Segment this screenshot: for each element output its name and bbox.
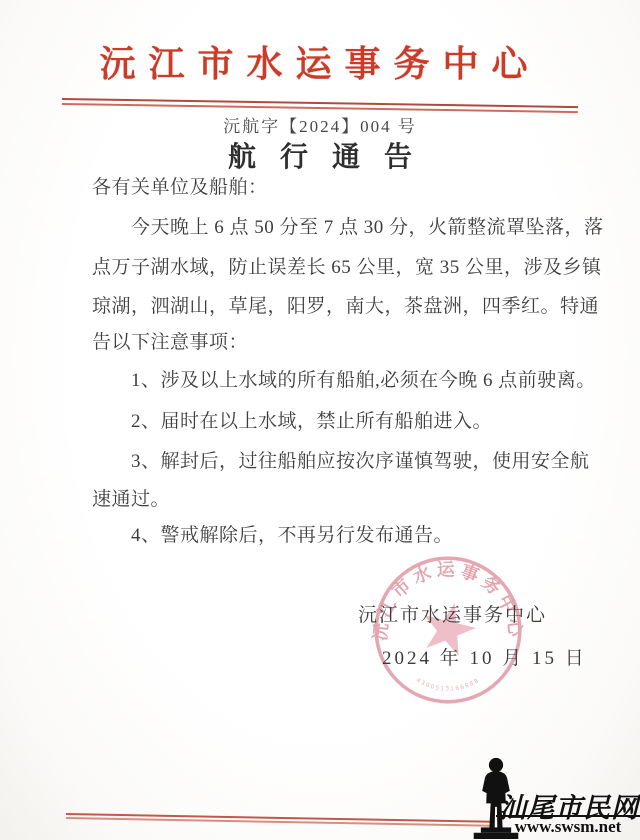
- issuer-letterhead: 沅江市水运事务中心: [0, 36, 640, 87]
- official-seal-stamp: 沅江市水运事务中心 4300513166888: [370, 552, 526, 708]
- watermark-site-url: www.swsm.net: [496, 817, 640, 837]
- body-paragraph-line: 点万子湖水域，防止误差长 65 公里，宽 35 公里，涉及乡镇: [92, 256, 572, 280]
- seal-serial-number: 4300513166888: [415, 677, 481, 692]
- document-title: 航行通告: [0, 135, 640, 175]
- notice-document-page: 沅江市水运事务中心 沅航字【2024】004 号 航行通告 各有关单位及船舶： …: [0, 0, 640, 840]
- document-number: 沅航字【2024】004 号: [0, 112, 640, 137]
- signature-date: 2024 年 10 月 15 日: [382, 643, 587, 670]
- notice-item-3-line-1: 3、解封后，过往船舶应按次序谨慎驾驶，使用安全航: [131, 450, 611, 474]
- signature-organization: 沅江市水运事务中心: [358, 600, 547, 627]
- letterhead-double-rule: [62, 98, 578, 113]
- svg-text:4300513166888: 4300513166888: [415, 677, 481, 692]
- notice-item-3-line-2: 速通过。: [92, 488, 572, 512]
- salutation: 各有关单位及船舶：: [92, 176, 572, 200]
- notice-item-2: 2、届时在以上水域，禁止所有船舶进入。: [131, 410, 611, 434]
- footer-double-rule: [66, 813, 492, 827]
- body-paragraph-line: 今天晚上 6 点 50 分至 7 点 30 分，火箭整流罩坠落，落: [131, 216, 611, 240]
- notice-item-4: 4、警戒解除后，不再另行发布通告。: [131, 524, 611, 548]
- notice-item-1: 1、涉及以上水域的所有船舶,必须在今晚 6 点前驶离。: [131, 369, 611, 393]
- body-paragraph-line: 告以下注意事项：: [92, 331, 572, 355]
- body-paragraph-line: 琼湖，泗湖山，草尾，阳罗，南大，茶盘洲，四季红。特通: [92, 295, 572, 319]
